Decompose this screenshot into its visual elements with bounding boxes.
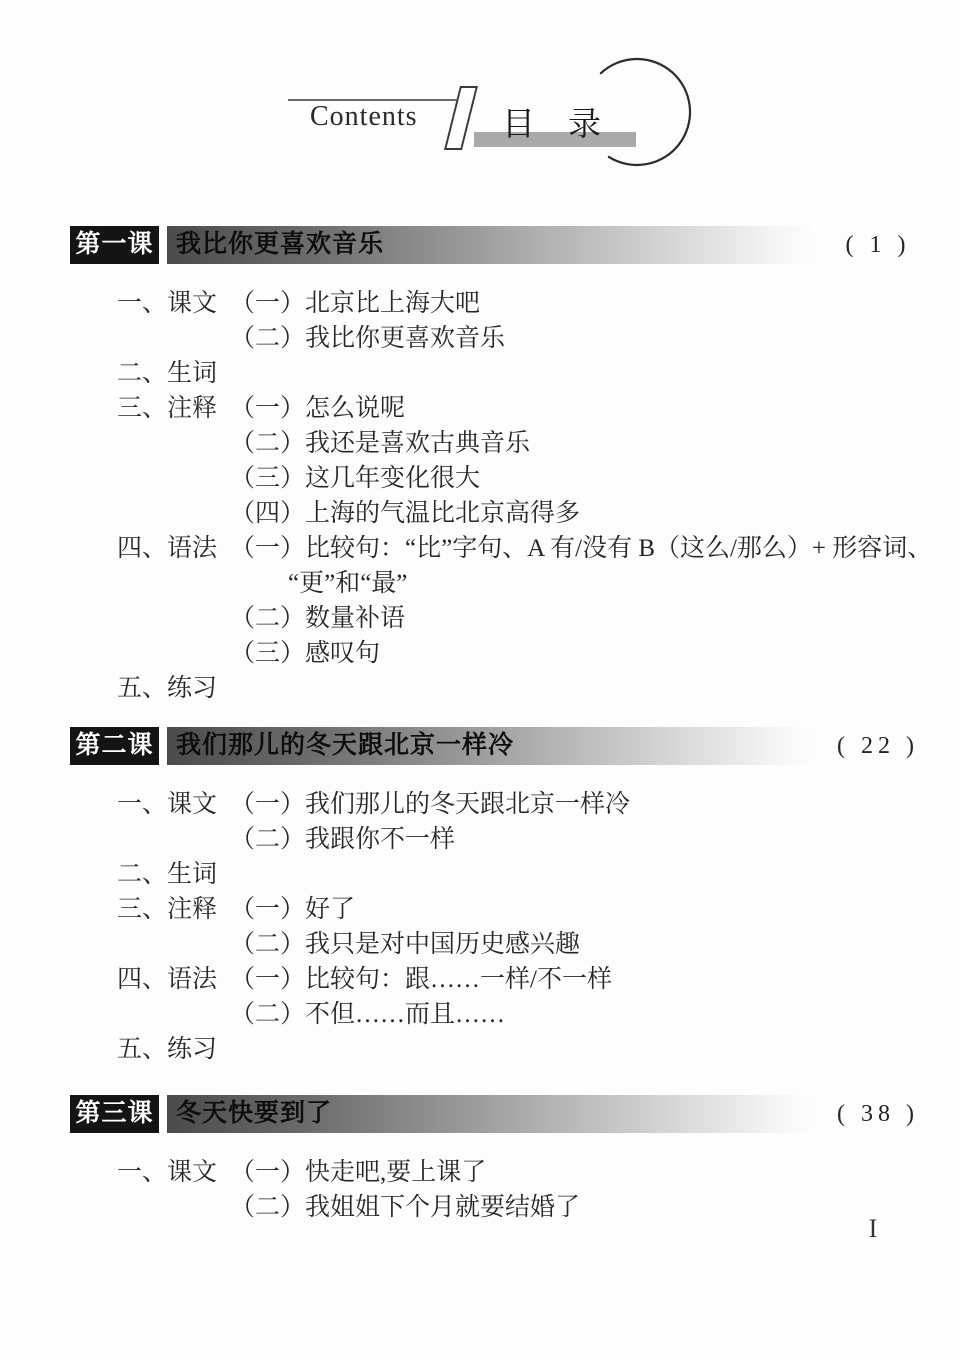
lesson-page-ref: ( 38 ) — [826, 1095, 930, 1133]
toc-line: （三）感叹句 — [0, 633, 960, 668]
item-text: （一）北京比上海大吧 — [230, 283, 480, 319]
lesson-title-bar: 我比你更喜欢音乐 — [167, 226, 812, 264]
toc-line: 三、注释（一）好了 — [0, 889, 960, 924]
lesson-items: 一、课文（一）北京比上海大吧（二）我比你更喜欢音乐二、生词三、注释（一）怎么说呢… — [0, 283, 960, 703]
toc-line: 二、生词 — [0, 854, 960, 889]
item-label: 三、注释 — [117, 388, 217, 424]
lesson-header: 第二课我们那儿的冬天跟北京一样冷( 22 ) — [0, 727, 960, 765]
item-label: 一、课文 — [117, 784, 217, 820]
item-label: 二、生词 — [117, 854, 217, 890]
toc-line: （二）我只是对中国历史感兴趣 — [0, 924, 960, 959]
toc-line: 二、生词 — [0, 353, 960, 388]
item-text: （一）比较句：跟……一样/不一样 — [230, 959, 612, 995]
item-label: 三、注释 — [117, 889, 217, 925]
item-label: 二、生词 — [117, 353, 217, 389]
circle-icon — [575, 50, 705, 180]
item-text: （二）数量补语 — [230, 598, 405, 634]
item-text: “更”和“最” — [288, 563, 407, 599]
item-text: （二）我跟你不一样 — [230, 819, 455, 855]
lesson-items: 一、课文（一）我们那儿的冬天跟北京一样冷（二）我跟你不一样二、生词三、注释（一）… — [0, 784, 960, 1064]
toc-line: （二）数量补语 — [0, 598, 960, 633]
item-text: （二）不但……而且…… — [230, 994, 505, 1030]
item-label: 四、语法 — [117, 528, 217, 564]
lesson-number-tag: 第三课 — [70, 1095, 159, 1133]
lesson-title-bar: 冬天快要到了 — [167, 1095, 812, 1133]
toc-line: （四）上海的气温比北京高得多 — [0, 493, 960, 528]
toc-line: （二）我姐姐下个月就要结婚了 — [0, 1187, 960, 1222]
toc-line: 五、练习 — [0, 668, 960, 703]
toc-line: “更”和“最” — [0, 563, 960, 598]
toc-line: 一、课文（一）快走吧,要上课了 — [0, 1152, 960, 1187]
lesson-number-tag: 第一课 — [70, 226, 159, 264]
lesson-title: 我比你更喜欢音乐 — [167, 226, 812, 264]
lesson-title: 我们那儿的冬天跟北京一样冷 — [167, 727, 812, 765]
toc-page: Contents 目 录 第一课我比你更喜欢音乐( 1 )一、课文（一）北京比上… — [0, 0, 960, 1360]
item-label: 五、练习 — [117, 668, 217, 704]
item-text: （四）上海的气温比北京高得多 — [230, 493, 580, 529]
item-label: 一、课文 — [117, 283, 217, 319]
toc-line: 五、练习 — [0, 1029, 960, 1064]
item-label: 一、课文 — [117, 1152, 217, 1188]
toc-line: 四、语法（一）比较句：“比”字句、A 有/没有 B（这么/那么）+ 形容词、 — [0, 528, 960, 563]
contents-title-en: Contents — [310, 101, 418, 133]
lesson-number-tag: 第二课 — [70, 727, 159, 765]
toc-line: （三）这几年变化很大 — [0, 458, 960, 493]
item-text: （二）我只是对中国历史感兴趣 — [230, 924, 580, 960]
lesson-title: 冬天快要到了 — [167, 1095, 812, 1133]
lesson-page-ref: ( 22 ) — [826, 727, 930, 765]
lesson-title-bar: 我们那儿的冬天跟北京一样冷 — [167, 727, 812, 765]
lesson-page-ref: ( 1 ) — [826, 226, 930, 264]
item-text: （一）我们那儿的冬天跟北京一样冷 — [230, 784, 630, 820]
item-label: 四、语法 — [117, 959, 217, 995]
toc-line: （二）我还是喜欢古典音乐 — [0, 423, 960, 458]
item-text: （一）怎么说呢 — [230, 388, 405, 424]
page-number: I — [858, 1214, 888, 1244]
item-text: （二）我比你更喜欢音乐 — [230, 318, 505, 354]
toc-line: （二）不但……而且…… — [0, 994, 960, 1029]
lesson-header: 第三课冬天快要到了( 38 ) — [0, 1095, 960, 1133]
item-text: （三）感叹句 — [230, 633, 380, 669]
item-text: （一）快走吧,要上课了 — [230, 1152, 486, 1188]
lesson-items: 一、课文（一）快走吧,要上课了（二）我姐姐下个月就要结婚了 — [0, 1152, 960, 1222]
toc-line: 一、课文（一）我们那儿的冬天跟北京一样冷 — [0, 784, 960, 819]
item-text: （一）好了 — [230, 889, 355, 925]
item-label: 五、练习 — [117, 1029, 217, 1065]
lesson-header: 第一课我比你更喜欢音乐( 1 ) — [0, 226, 960, 264]
toc-line: 四、语法（一）比较句：跟……一样/不一样 — [0, 959, 960, 994]
slash-icon — [444, 86, 478, 150]
toc-line: 一、课文（一）北京比上海大吧 — [0, 283, 960, 318]
toc-line: 三、注释（一）怎么说呢 — [0, 388, 960, 423]
item-text: （二）我还是喜欢古典音乐 — [230, 423, 530, 459]
item-text: （二）我姐姐下个月就要结婚了 — [230, 1187, 580, 1223]
toc-line: （二）我跟你不一样 — [0, 819, 960, 854]
toc-line: （二）我比你更喜欢音乐 — [0, 318, 960, 353]
item-text: （一）比较句：“比”字句、A 有/没有 B（这么/那么）+ 形容词、 — [230, 528, 932, 564]
item-text: （三）这几年变化很大 — [230, 458, 480, 494]
